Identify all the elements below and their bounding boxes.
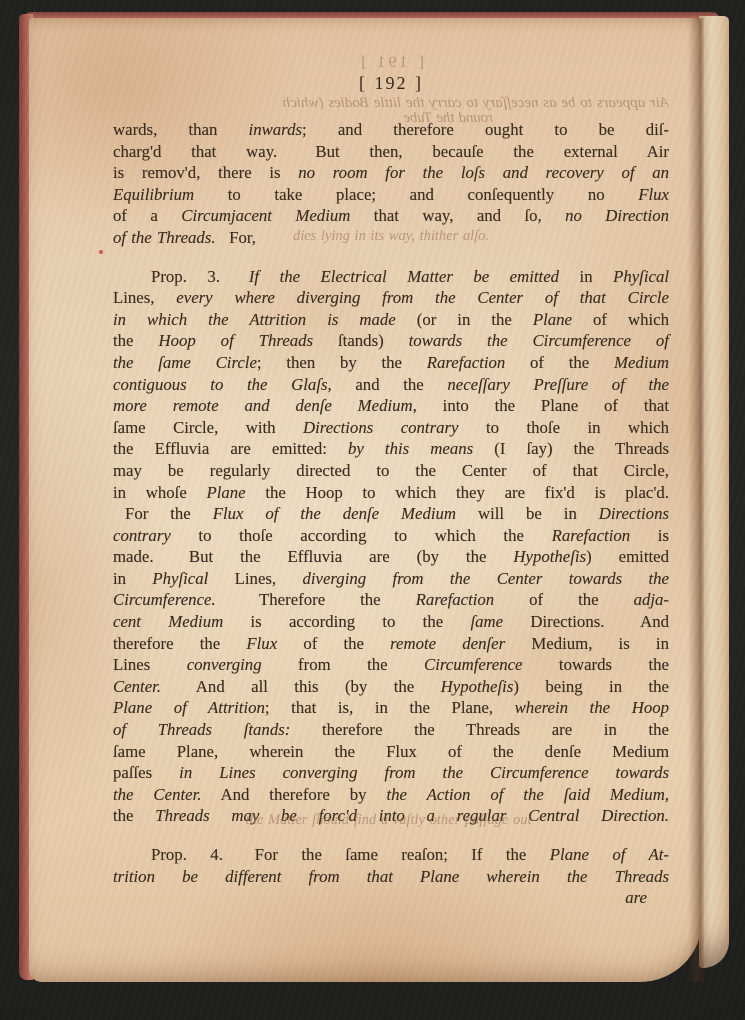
italic-text: contiguous to the Glaſs [113,375,328,394]
text-line: Equilibrium to take place; and conſequen… [113,184,669,206]
roman-text: is according to the [223,612,470,631]
roman-text: the Effluvia are emitted: [113,439,348,458]
roman-text: in [559,267,613,286]
italic-text: Rarefaction [552,526,631,545]
roman-text: Medium, is in [505,634,669,653]
italic-text: Plane of Attrition [113,698,265,717]
roman-text: Lines, [208,569,302,588]
italic-text: the Action of the ſaid Medium, [387,785,670,804]
roman-text: of the [277,634,390,653]
italic-text: Phyſical [613,267,669,286]
italic-text: Flux of the denſe Medium [213,504,456,523]
italic-text: adja- [634,590,669,609]
text-line: Prop. 3. If the Electrical Matter be emi… [113,266,669,288]
text-line: For the Flux of the denſe Medium will be… [113,503,669,525]
roman-text: Lines, [113,288,176,307]
italic-text: converging [187,655,262,674]
italic-text: Circumference [424,655,522,674]
roman-text: may be regularly directed to the Center … [113,461,669,480]
roman-text: is remov'd, there is [113,163,298,182]
italic-text: are [625,888,647,907]
text-line: of a Circumjacent Medium that way, and ſ… [113,205,669,227]
italic-text: Flux [638,185,669,204]
roman-text: Lines [113,655,187,674]
italic-text: in Lines converging from the Circumferen… [179,763,669,782]
paragraph: are [113,887,669,909]
italic-text: Hypotheſis [441,677,514,696]
text-line: trition be different from that Plane whe… [113,866,669,888]
text-line: the Hoop of Threads ſtands) towards the … [113,330,669,352]
text-line: made. But the Effluvia are (by the Hypot… [113,546,669,568]
text-line: ſame Plane, wherein the Flux of the denſ… [113,741,669,763]
text-line: charg'd that way. But then, becauſe the … [113,141,669,163]
text-line: Lines, every where diverging from the Ce… [113,287,669,309]
text-line: cent Medium is according to the ſame Dir… [113,611,669,633]
roman-text: therefore the Threads are in the [290,720,669,739]
text-line: Prop. 4. For the ſame reaſon; If the Pla… [113,844,669,866]
roman-text: ; that is, in the Plane, [265,698,515,717]
italic-text: Phyſical [152,569,208,588]
italic-text: trition be different from that Plane whe… [113,867,669,886]
page-number: [ 192 ] [113,73,669,95]
italic-text: remote denſer [390,634,505,653]
roman-text: ; then by the [257,353,427,372]
roman-text: therefore the [113,634,246,653]
italic-text: no room for the loſs and recovery of an [298,163,669,182]
roman-text: , into the Plane of that [413,396,669,415]
italic-text: Medium [614,353,669,372]
italic-text: If the Electrical Matter be emitted [249,267,559,286]
roman-text: in [113,569,152,588]
italic-text: Equilibrium [113,185,194,204]
roman-text: Directions. And [503,612,669,631]
roman-text: ) emitted [586,547,669,566]
roman-text: , and the [328,375,448,394]
roman-text: paſſes [113,763,179,782]
text-line: in which the Attrition is made (or in th… [113,309,669,331]
italic-text: Center. [113,677,161,696]
red-ink-speck [99,250,103,254]
italic-text: Circumjacent Medium [181,206,350,225]
italic-text: Hoop of Threads [158,331,313,350]
text-line: contiguous to the Glaſs, and the neceſſa… [113,374,669,396]
bleedthrough-gap-line-1: dies lying in its way, thither alſo. [113,226,669,248]
text-line: more remote and denſe Medium, into the P… [113,395,669,417]
roman-text: made. But the Effluvia are (by the [113,547,513,566]
text-line: the Effluvia are emitted: by this means … [113,438,669,460]
text-line: the ſame Circle; then by the Rarefaction… [113,352,669,374]
roman-text: ſame Circle, with [113,418,303,437]
roman-text: of the [494,590,633,609]
text-line: of Threads ſtands: therefore the Threads… [113,719,669,741]
italic-text: Circumference. [113,590,216,609]
paragraph: Prop. 3. If the Electrical Matter be emi… [113,266,669,504]
roman-text: will be in [456,504,599,523]
catchword-line: are [113,887,669,909]
roman-text: that way, and ſo, [350,206,565,225]
photo-background: [ 191 ] Air appears to be as neceſſary t… [0,0,745,1020]
italic-text: ſame [470,612,503,631]
roman-text: And all this (by the [161,677,441,696]
roman-text: charg'd that way. But then, becauſe the … [113,142,669,161]
roman-text: And therefore by [201,785,386,804]
paragraph: Prop. 4. For the ſame reaſon; If the Pla… [113,844,669,887]
roman-text: the [113,331,158,350]
roman-text: (or in the [396,310,533,329]
bleedthrough-header-fragment: round the Tube [263,108,493,130]
roman-text: of which [572,310,669,329]
italic-text: Flux [246,634,277,653]
roman-text: towards the [523,655,670,674]
italic-text: Rarefaction [427,353,506,372]
italic-text: Rarefaction [416,590,495,609]
italic-text: diverging from the Center towards the [302,569,669,588]
bleedthrough-gap-line-2: the Matter ſhould find a vaſtly other pa… [113,810,669,832]
italic-text: Plane of At- [550,845,669,864]
italic-text: every where diverging from the Center of… [176,288,669,307]
text-line: paſſes in Lines converging from the Circ… [113,762,669,784]
italic-text: in which the Attrition is made [113,310,396,329]
italic-text: Directions [599,504,669,523]
text-line: Lines converging from the Circumference … [113,654,669,676]
italic-text: cent Medium [113,612,223,631]
italic-text: the Center. [113,785,201,804]
roman-text: Prop. 4. For the ſame reaſon; If the [151,845,550,864]
roman-text: ſtands) [313,331,409,350]
italic-text: wherein the Hoop [515,698,669,717]
roman-text: ſame Plane, wherein the Flux of the denſ… [113,742,669,761]
bleedthrough-page-number: [ 191 ] [113,52,669,74]
text-line: may be regularly directed to the Center … [113,460,669,482]
italic-text: Directions contrary [303,418,458,437]
text-line: the Center. And therefore by the Action … [113,784,669,806]
italic-text: the ſame Circle [113,353,257,372]
roman-text: to thoſe in which [459,418,670,437]
roman-text: from the [262,655,424,674]
italic-text: no Direction [565,206,669,225]
text-line: therefore the Flux of the remote denſer … [113,633,669,655]
text-block: [ 191 ] Air appears to be as neceſſary t… [113,54,669,909]
paragraph: For the Flux of the denſe Medium will be… [113,503,669,827]
italic-text: towards the Circumference of [409,331,669,350]
italic-text: Plane [533,310,572,329]
roman-text: to thoſe according to which the [171,526,552,545]
text-line: is remov'd, there is no room for the loſ… [113,162,669,184]
page-header: [ 191 ] Air appears to be as neceſſary t… [113,54,669,119]
roman-text: of the [505,353,614,372]
text-line: contrary to thoſe according to which the… [113,525,669,547]
roman-text: in whoſe [113,483,206,502]
italic-text: of Threads ſtands: [113,720,290,739]
text-line: ſame Circle, with Directions contrary to… [113,417,669,439]
roman-text: of a [113,206,181,225]
italic-text: contrary [113,526,171,545]
roman-text: is [630,526,669,545]
gutter-crease-shadow [688,18,704,982]
text-line: in Phyſical Lines, diverging from the Ce… [113,568,669,590]
roman-text: to take place; and conſequently no [194,185,638,204]
italic-text: by this means [348,439,473,458]
text-line: Plane of Attrition; that is, in the Plan… [113,697,669,719]
roman-text: the Hoop to which they are fix'd is plac… [246,483,669,502]
roman-text: ) being in the [513,677,669,696]
roman-text: (I ſay) the Threads [473,439,669,458]
text-line: Center. And all this (by the Hypotheſis)… [113,676,669,698]
text-line: Circumference. Therefore the Rarefaction… [113,589,669,611]
roman-text: wards, than [113,120,249,139]
roman-text: For the [125,504,213,523]
text-line: in whoſe Plane the Hoop to which they ar… [113,482,669,504]
italic-text: neceſſary Preſſure of the [447,375,669,394]
book-page: [ 191 ] Air appears to be as neceſſary t… [29,18,702,982]
roman-text: Therefore the [216,590,416,609]
italic-text: Hypotheſis [513,547,586,566]
italic-text: Plane [206,483,245,502]
roman-text: Prop. 3. [151,267,249,286]
italic-text: more remote and denſe Medium [113,396,413,415]
